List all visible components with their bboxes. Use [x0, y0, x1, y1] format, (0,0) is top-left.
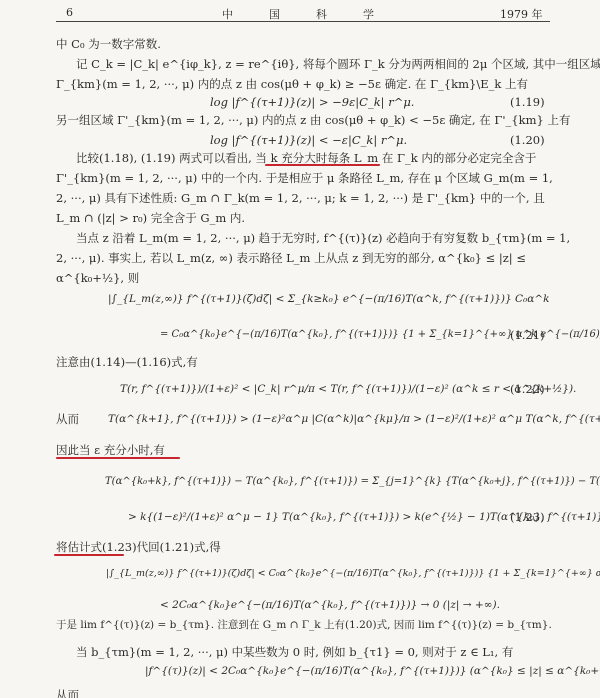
text-line: 比较(1.18), (1.19) 两式可以看出, 当 k 充分大时每条 L_m …: [76, 151, 536, 165]
equation-limit-zero: < 2C₀α^{k₀}e^{−(π/16)T(α^{k₀}, f^{(τ+1)}…: [160, 598, 500, 612]
text-line: 记 C_k = |C_k| e^{iφ_k}, z = re^{iθ}, 将每个…: [76, 57, 600, 71]
equation-number: (1.23): [510, 510, 545, 524]
equation-f-bound: |f^{(τ)}(z)| < 2C₀α^{k₀}e^{−(π/16)T(α^{k…: [145, 664, 600, 678]
text-line: 当点 z 沿着 L_m(m = 1, 2, ···, μ) 趋于无穷时, f^{…: [76, 231, 570, 245]
publication-year: 1979 年: [500, 6, 543, 22]
text-line: Γ'_{km}(m = 1, 2, ···, μ) 中的一个内. 于是相应于 μ…: [56, 171, 553, 185]
equation-number: (1.21): [510, 328, 545, 342]
equation-integral-bound: |∫_{L_m(z,∞)} f^{(τ+1)}(ζ)dζ| < Σ_{k≥k₀}…: [108, 292, 550, 306]
text-line: L_m ∩ (|z| > r₀) 完全含于 G_m 内.: [56, 211, 245, 225]
text-line: 当 b_{τm}(m = 1, 2, ···, μ) 中某些数为 0 时, 例如…: [76, 645, 513, 659]
text-line: Γ_{km}(m = 1, 2, ···, μ) 内的点 z 由 cos(μθ …: [56, 77, 528, 91]
page-number: 6: [66, 6, 73, 19]
header-rule: [56, 21, 550, 22]
red-underline: [265, 164, 380, 166]
red-underline: [56, 457, 180, 459]
red-underline: [54, 554, 124, 556]
text-line: 2, ···, μ). 事实上, 若以 L_m(z, ∞) 表示路径 L_m 上…: [56, 251, 526, 265]
running-header: 6 中国科学 1979 年: [0, 6, 600, 20]
text-line: 从而: [56, 412, 79, 426]
text-line: 于是 lim f^{(τ)}(z) = b_{τm}. 注意到在 G_m ∩ Γ…: [56, 618, 552, 632]
text-line: 另一组区域 Γ'_{km}(m = 1, 2, ···, μ) 内的点 z 由 …: [56, 113, 570, 127]
text-line: 中 C₀ 为一数字常数.: [56, 37, 161, 51]
equation-integral-estimate: |∫_{L_m(z,∞)} f^{(τ+1)}(ζ)dζ| < C₀α^{k₀}…: [106, 567, 600, 581]
text-line: α^{k₀+½}, 则: [56, 271, 139, 285]
text-line: 注意由(1.14)—(1.16)式,有: [56, 355, 198, 369]
equation-1-20: log |f^{(τ+1)}(z)| < −ε|C_k| r^μ.: [210, 133, 407, 147]
equation-T-inequality: T(α^{k+1}, f^{(τ+1)}) > (1−ε)²α^μ |C(α^k…: [108, 412, 600, 426]
equation-number: (1.20): [510, 133, 545, 147]
text-line: 从而: [56, 688, 79, 698]
equation-T-difference: T(α^{k₀+k}, f^{(τ+1)}) − T(α^{k₀}, f^{(τ…: [105, 475, 600, 489]
equation-number: (1.22): [510, 382, 545, 396]
journal-title: 中国科学: [222, 6, 410, 22]
text-line: 将估计式(1.23)代回(1.21)式,得: [56, 540, 221, 554]
equation-number: (1.19): [510, 95, 545, 109]
scanned-paper-page: 6 中国科学 1979 年 中 C₀ 为一数字常数. 记 C_k = |C_k|…: [0, 0, 600, 698]
text-line: 因此当 ε 充分小时,有: [56, 443, 165, 457]
equation-1-19: log |f^{(τ+1)}(z)| > −9ε|C_k| r^μ.: [210, 95, 414, 109]
text-line: 2, ···, μ) 具有下述性质: G_m ∩ Γ_k(m = 1, 2, ·…: [56, 191, 545, 205]
equation-1-22: T(r, f^{(τ+1)})/(1+ε)² < |C_k| r^μ/π < T…: [120, 382, 576, 396]
